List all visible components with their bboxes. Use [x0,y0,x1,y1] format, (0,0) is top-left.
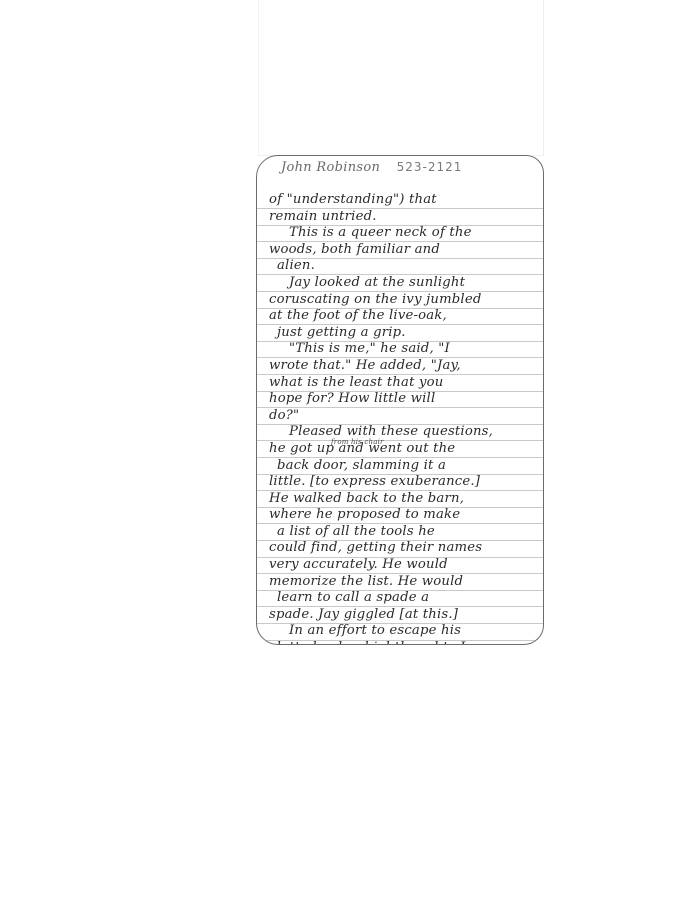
handwritten-line: he got up and went out thefrom his chair [269,441,537,458]
backing-paper-sheet [258,0,544,156]
handwritten-line: learn to call a spade a [269,590,537,607]
handwritten-line: could find, getting their names [269,540,537,557]
line-text: do?" [269,408,299,423]
handwritten-line: He walked back to the barn, [269,491,537,508]
line-text: just getting a grip. [277,325,406,340]
line-text: spade. Jay giggled [at this.] [269,607,458,622]
handwritten-line: This is a queer neck of the [269,225,537,242]
phone-number: 523-2121 [397,160,463,174]
handwritten-line: at the foot of the live-oak, [269,308,537,325]
handwritten-line: alien. [269,258,537,275]
line-text: could find, getting their names [269,540,482,555]
line-text: coruscating on the ivy jumbled [269,292,482,307]
handwritten-line: back door, slamming it a [269,458,537,475]
handwritten-line: what is the least that you [269,375,537,392]
line-text: In an effort to escape his [289,623,461,638]
handwritten-line: spade. Jay giggled [at this.] [269,607,537,624]
line-text: hope for? How little will [269,391,435,406]
handwritten-line: do?" [269,408,537,425]
handwritten-line: of "understanding") that [269,192,537,209]
card-header: John Robinson 523-2121 [281,160,462,175]
line-text: little. [to express exuberance.] [269,474,480,489]
line-text: "This is me," he said, "I [289,341,450,356]
line-text: a list of all the tools he [277,524,435,539]
handwritten-line: Jay looked at the sunlight [269,275,537,292]
author-name: John Robinson [281,160,380,175]
line-text: remain untried. [269,209,377,224]
handwritten-line: very accurately. He would [269,557,537,574]
handwritten-line: memorize the list. He would [269,574,537,591]
handwritten-line: clotted, adverbial thoughts Jay [269,640,537,645]
inserted-annotation: from his chair [331,434,384,451]
line-text: alien. [277,258,315,273]
handwritten-line: coruscating on the ivy jumbled [269,292,537,309]
line-text: Jay looked at the sunlight [289,275,465,290]
handwritten-line: Pleased with these questions, [269,424,537,441]
line-text: of "understanding") that [269,192,437,207]
handwritten-text: of "understanding") thatremain untried.T… [269,192,537,645]
handwritten-line: where he proposed to make [269,507,537,524]
line-text: He walked back to the barn, [269,491,464,506]
handwritten-line: little. [to express exuberance.] [269,474,537,491]
handwritten-line: "This is me," he said, "I [269,341,537,358]
line-text: at the foot of the live-oak, [269,308,447,323]
handwritten-line: a list of all the tools he [269,524,537,541]
line-text: where he proposed to make [269,507,460,522]
line-text: wrote that." He added, "Jay, [269,358,461,373]
line-text: learn to call a spade a [277,590,429,605]
line-text: what is the least that you [269,375,443,390]
handwritten-line: woods, both familiar and [269,242,537,259]
index-card: John Robinson 523-2121 of "understanding… [256,155,544,645]
handwritten-line: remain untried. [269,209,537,226]
line-text: woods, both familiar and [269,242,440,257]
handwritten-line: just getting a grip. [269,325,537,342]
line-text: back door, slamming it a [277,458,446,473]
line-text: This is a queer neck of the [289,225,472,240]
line-text: memorize the list. He would [269,574,463,589]
line-text: very accurately. He would [269,557,448,572]
handwritten-line: In an effort to escape his [269,623,537,640]
handwritten-line: hope for? How little will [269,391,537,408]
line-text: Pleased with these questions, [289,424,493,439]
line-text: clotted, adverbial thoughts Jay [269,640,481,645]
handwritten-line: wrote that." He added, "Jay, [269,358,537,375]
